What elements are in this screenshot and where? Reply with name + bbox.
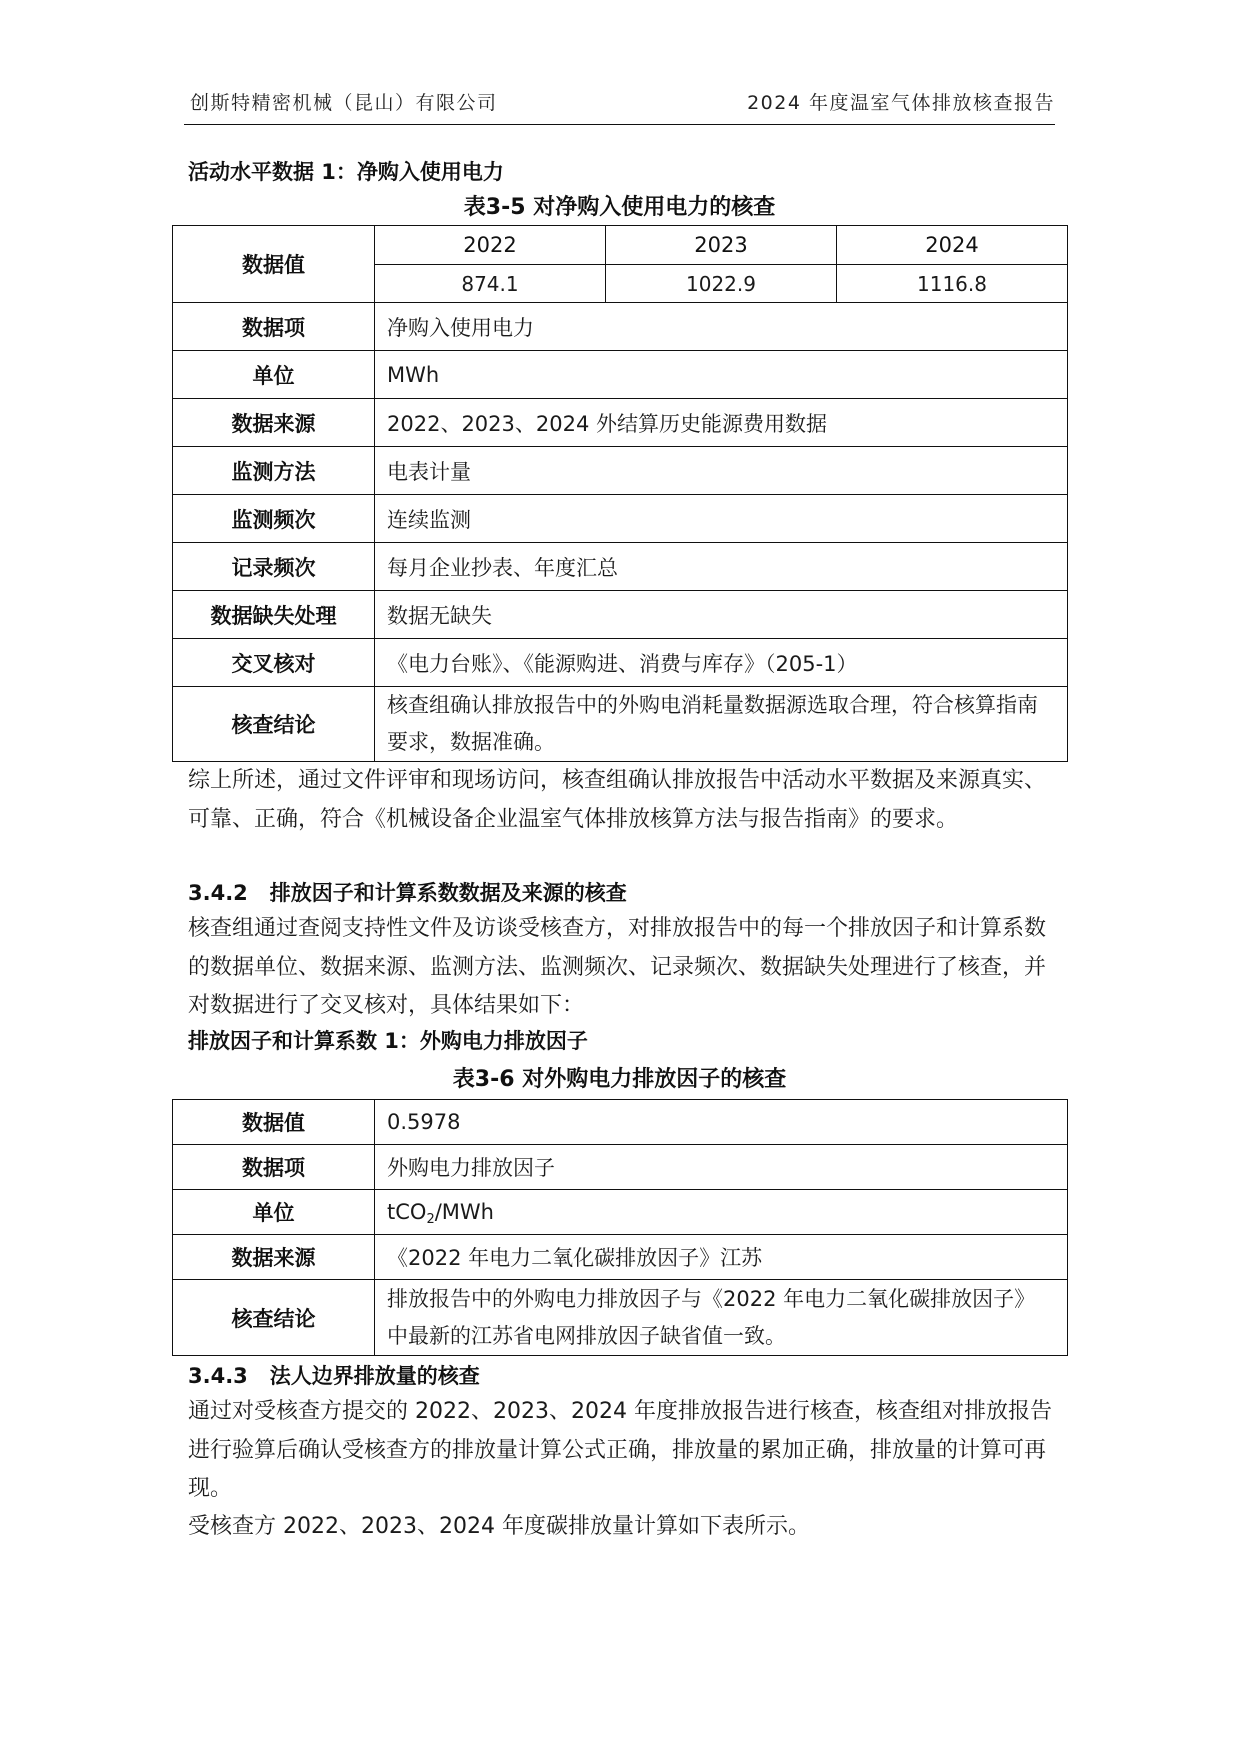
section-3-4-3-paragraph-1: 通过对受核查方提交的 2022、2023、2024 年度排放报告进行核查，核查组…	[188, 1393, 1063, 1509]
table-3-6-caption: 表3-6 对外购电力排放因子的核查	[172, 1062, 1067, 1093]
row-label: 单位	[173, 1190, 375, 1235]
table-row: 核查结论 核查组确认排放报告中的外购电消耗量数据源选取合理，符合核算指南要求，数…	[173, 687, 1068, 762]
row-value: 《电力台账》、《能源购进、消费与库存》（205-1）	[375, 639, 1068, 687]
table-row: 单位 MWh	[173, 351, 1068, 399]
unit-text: /MWh	[435, 1200, 494, 1224]
row-value: 核查组确认排放报告中的外购电消耗量数据源选取合理，符合核算指南要求，数据准确。	[375, 687, 1068, 762]
year-cell: 2023	[606, 226, 837, 265]
row-label: 数据值	[173, 1100, 375, 1145]
table-row: 数据值 0.5978	[173, 1100, 1068, 1145]
row-label: 记录频次	[173, 543, 375, 591]
section-3-4-2-heading: 3.4.2排放因子和计算系数数据及来源的核查	[188, 877, 627, 907]
table-row: 数据缺失处理 数据无缺失	[173, 591, 1068, 639]
row-label: 数据项	[173, 303, 375, 351]
table-row: 记录频次 每月企业抄表、年度汇总	[173, 543, 1068, 591]
row-value: 0.5978	[375, 1100, 1068, 1145]
section-number: 3.4.3	[188, 1364, 248, 1388]
row-value: 每月企业抄表、年度汇总	[375, 543, 1068, 591]
row-label: 数据来源	[173, 1235, 375, 1280]
table-row: 数据项 外购电力排放因子	[173, 1145, 1068, 1190]
row-label: 核查结论	[173, 687, 375, 762]
table-row: 核查结论 排放报告中的外购电力排放因子与《2022 年电力二氧化碳排放因子》中最…	[173, 1280, 1068, 1356]
row-value: 2022、2023、2024 外结算历史能源费用数据	[375, 399, 1068, 447]
row-label: 数据来源	[173, 399, 375, 447]
table-row: 数据来源 《2022 年电力二氧化碳排放因子》江苏	[173, 1235, 1068, 1280]
summary-paragraph: 综上所述，通过文件评审和现场访问，核查组确认排放报告中活动水平数据及来源真实、可…	[188, 762, 1058, 839]
unit-subscript: 2	[426, 1212, 434, 1227]
row-value: 连续监测	[375, 495, 1068, 543]
table-row: 监测方法 电表计量	[173, 447, 1068, 495]
unit-text: tCO	[387, 1200, 426, 1224]
section-title: 排放因子和计算系数数据及来源的核查	[270, 881, 627, 905]
table-row: 单位 tCO2/MWh	[173, 1190, 1068, 1235]
year-cell: 2024	[837, 226, 1068, 265]
company-name: 创斯特精密机械（昆山）有限公司	[190, 88, 498, 115]
section-3-4-3-paragraph-2: 受核查方 2022、2023、2024 年度碳排放量计算如下表所示。	[188, 1508, 1058, 1547]
section-title: 法人边界排放量的核查	[270, 1364, 480, 1388]
row-label: 核查结论	[173, 1280, 375, 1356]
section-number: 3.4.2	[188, 881, 248, 905]
row-label: 单位	[173, 351, 375, 399]
row-value: 排放报告中的外购电力排放因子与《2022 年电力二氧化碳排放因子》中最新的江苏省…	[375, 1280, 1068, 1356]
row-value: 净购入使用电力	[375, 303, 1068, 351]
row-value: 数据无缺失	[375, 591, 1068, 639]
section-3-4-3-heading: 3.4.3法人边界排放量的核查	[188, 1360, 480, 1390]
row-label: 数据值	[173, 226, 375, 303]
value-cell: 874.1	[375, 265, 606, 303]
table-3-5: 数据值 2022 2023 2024 874.1 1022.9 1116.8 数…	[172, 225, 1068, 762]
row-value: tCO2/MWh	[375, 1190, 1068, 1235]
row-value: MWh	[375, 351, 1068, 399]
factor-heading: 排放因子和计算系数 1：外购电力排放因子	[188, 1025, 588, 1055]
table-row: 监测频次 连续监测	[173, 495, 1068, 543]
table-row: 交叉核对 《电力台账》、《能源购进、消费与库存》（205-1）	[173, 639, 1068, 687]
activity-heading: 活动水平数据 1：净购入使用电力	[188, 156, 504, 186]
table-3-6: 数据值 0.5978 数据项 外购电力排放因子 单位 tCO2/MWh 数据来源…	[172, 1099, 1068, 1356]
row-value: 电表计量	[375, 447, 1068, 495]
year-cell: 2022	[375, 226, 606, 265]
table-row: 数据项 净购入使用电力	[173, 303, 1068, 351]
row-label: 数据项	[173, 1145, 375, 1190]
table-row: 数据值 2022 2023 2024	[173, 226, 1068, 265]
table-3-5-caption: 表3-5 对净购入使用电力的核查	[172, 190, 1067, 221]
value-cell: 1116.8	[837, 265, 1068, 303]
row-label: 监测方法	[173, 447, 375, 495]
row-label: 交叉核对	[173, 639, 375, 687]
section-3-4-2-paragraph: 核查组通过查阅支持性文件及访谈受核查方，对排放报告中的每一个排放因子和计算系数的…	[188, 910, 1058, 1026]
row-value: 《2022 年电力二氧化碳排放因子》江苏	[375, 1235, 1068, 1280]
row-label: 数据缺失处理	[173, 591, 375, 639]
page-header: 创斯特精密机械（昆山）有限公司 2024 年度温室气体排放核查报告	[184, 88, 1055, 125]
report-title: 2024 年度温室气体排放核查报告	[747, 88, 1055, 115]
table-row: 数据来源 2022、2023、2024 外结算历史能源费用数据	[173, 399, 1068, 447]
row-value: 外购电力排放因子	[375, 1145, 1068, 1190]
row-label: 监测频次	[173, 495, 375, 543]
value-cell: 1022.9	[606, 265, 837, 303]
